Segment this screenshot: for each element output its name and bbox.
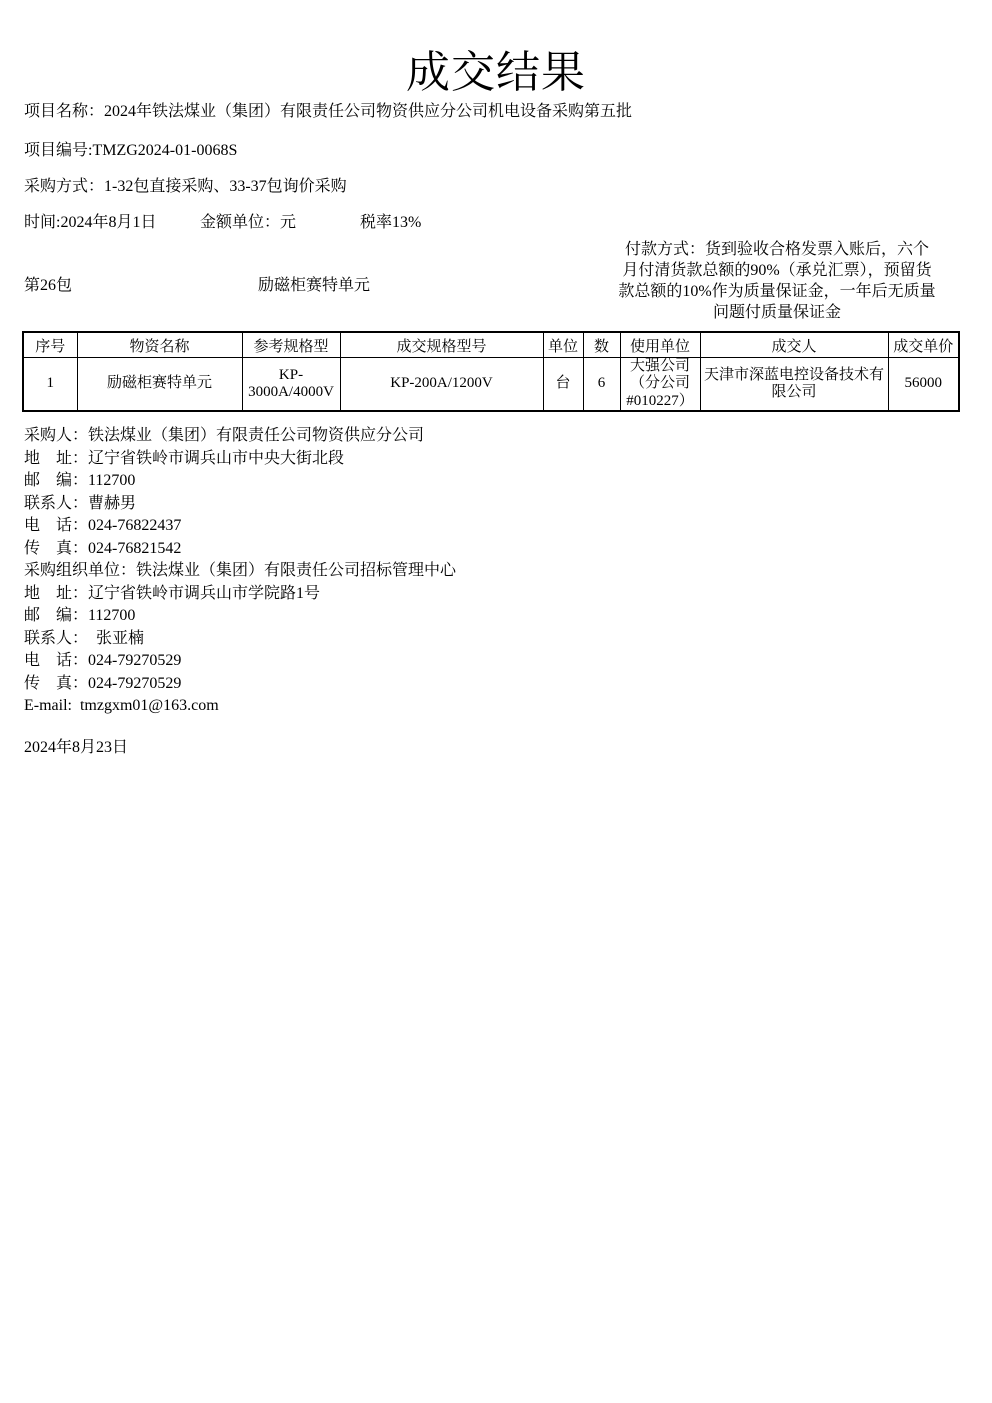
page-title: 成交结果: [0, 36, 992, 100]
tax-rate-line: 税率13%: [360, 209, 421, 232]
header-qty: 数: [583, 332, 620, 358]
email-line: E-mail: tmzgxm01@163.com: [24, 695, 456, 718]
payment-line: 月付清货款总额的90%（承兑汇票），预留货: [587, 260, 967, 281]
payment-line: 付款方式：货到验收合格发票入账后，六个: [587, 239, 967, 260]
header-seq: 序号: [23, 332, 77, 358]
document-date: 2024年8月23日: [24, 734, 128, 757]
email-value: tmzgxm01@163.com: [72, 697, 219, 714]
organizer-address-value: 辽宁省铁岭市调兵山市学院路1号: [88, 585, 320, 602]
buyer-zip-label: 邮 编：: [24, 472, 88, 489]
project-name-value: 2024年铁法煤业（集团）有限责任公司物资供应分公司机电设备采购第五批: [104, 103, 632, 120]
organizer-name-value: 铁法煤业（集团）有限责任公司招标管理中心: [136, 562, 456, 579]
buyer-address-label: 地 址：: [24, 450, 88, 467]
buyer-zip-value: 112700: [88, 472, 135, 489]
amount-unit-value: 元: [280, 214, 296, 231]
time-line: 时间:2024年8月1日: [24, 209, 156, 232]
header-deal-spec: 成交规格型号: [340, 332, 543, 358]
buyer-phone-line: 电 话：024-76822437: [24, 515, 456, 538]
header-winner: 成交人: [700, 332, 888, 358]
organizer-contact-line: 联系人： 张亚楠: [24, 628, 456, 651]
organizer-address-label: 地 址：: [24, 585, 88, 602]
cell-user-unit: 大强公司（分公司#010227）: [620, 358, 700, 412]
header-user-unit: 使用单位: [620, 332, 700, 358]
payment-line: 问题付质量保证金: [587, 302, 967, 323]
buyer-contact-value: 曹赫男: [88, 495, 136, 512]
organizer-address-line: 地 址：辽宁省铁岭市调兵山市学院路1号: [24, 583, 456, 606]
project-name-label: 项目名称：: [24, 103, 104, 120]
organizer-name-label: 采购组织单位：: [24, 562, 136, 579]
procurement-method-label: 采购方式：: [24, 178, 104, 195]
buyer-phone-value: 024-76822437: [88, 517, 181, 534]
organizer-fax-value: 024-79270529: [88, 675, 181, 692]
organizer-zip-label: 邮 编：: [24, 607, 88, 624]
organizer-name-line: 采购组织单位：铁法煤业（集团）有限责任公司招标管理中心: [24, 560, 456, 583]
contacts-block: 采购人：铁法煤业（集团）有限责任公司物资供应分公司 地 址：辽宁省铁岭市调兵山市…: [24, 425, 456, 718]
buyer-contact-label: 联系人：: [24, 495, 88, 512]
cell-deal-spec: KP-200A/1200V: [340, 358, 543, 412]
cell-seq: 1: [23, 358, 77, 412]
payment-terms-block: 付款方式：货到验收合格发票入账后，六个 月付清货款总额的90%（承兑汇票），预留…: [587, 239, 967, 323]
buyer-name-line: 采购人：铁法煤业（集团）有限责任公司物资供应分公司: [24, 425, 456, 448]
buyer-fax-line: 传 真：024-76821542: [24, 538, 456, 561]
project-number-value: TMZG2024-01-0068S: [92, 142, 237, 159]
buyer-fax-value: 024-76821542: [88, 540, 181, 557]
procurement-method-line: 采购方式：1-32包直接采购、33-37包询价采购: [24, 173, 347, 196]
amount-unit-label: 金额单位：: [200, 214, 280, 231]
buyer-name-value: 铁法煤业（集团）有限责任公司物资供应分公司: [88, 427, 424, 444]
buyer-phone-label: 电 话：: [24, 517, 88, 534]
cell-qty: 6: [583, 358, 620, 412]
organizer-phone-line: 电 话：024-79270529: [24, 650, 456, 673]
cell-ref-spec: KP-3000A/4000V: [242, 358, 340, 412]
results-table: 序号 物资名称 参考规格型 成交规格型号 单位 数 使用单位 成交人 成交单价 …: [22, 331, 960, 412]
package-name: 励磁柜赛特单元: [258, 272, 370, 295]
organizer-zip-line: 邮 编：112700: [24, 605, 456, 628]
buyer-zip-line: 邮 编：112700: [24, 470, 456, 493]
buyer-address-value: 辽宁省铁岭市调兵山市中央大街北段: [88, 450, 344, 467]
organizer-contact-label: 联系人：: [24, 630, 80, 647]
cell-winner: 天津市深蓝电控设备技术有限公司: [700, 358, 888, 412]
organizer-zip-value: 112700: [88, 607, 135, 624]
buyer-address-line: 地 址：辽宁省铁岭市调兵山市中央大街北段: [24, 448, 456, 471]
header-material-name: 物资名称: [77, 332, 242, 358]
document-page: 成交结果 项目名称：2024年铁法煤业（集团）有限责任公司物资供应分公司机电设备…: [0, 0, 992, 1403]
email-label: E-mail:: [24, 697, 72, 714]
table-row: 1 励磁柜赛特单元 KP-3000A/4000V KP-200A/1200V 台…: [23, 358, 959, 412]
organizer-contact-value: 张亚楠: [80, 630, 144, 647]
project-number-line: 项目编号:TMZG2024-01-0068S: [24, 137, 237, 160]
payment-line: 款总额的10%作为质量保证金，一年后无质量: [587, 281, 967, 302]
header-unit: 单位: [543, 332, 583, 358]
table-header-row: 序号 物资名称 参考规格型 成交规格型号 单位 数 使用单位 成交人 成交单价: [23, 332, 959, 358]
organizer-phone-value: 024-79270529: [88, 652, 181, 669]
buyer-contact-line: 联系人：曹赫男: [24, 493, 456, 516]
organizer-phone-label: 电 话：: [24, 652, 88, 669]
cell-unit-price: 56000: [888, 358, 959, 412]
buyer-name-label: 采购人：: [24, 427, 88, 444]
package-number: 第26包: [24, 272, 72, 295]
organizer-fax-line: 传 真：024-79270529: [24, 673, 456, 696]
header-ref-spec: 参考规格型: [242, 332, 340, 358]
buyer-fax-label: 传 真：: [24, 540, 88, 557]
cell-unit: 台: [543, 358, 583, 412]
project-number-label: 项目编号:: [24, 142, 92, 159]
tax-rate-value: 税率13%: [360, 214, 421, 231]
cell-material-name: 励磁柜赛特单元: [77, 358, 242, 412]
organizer-fax-label: 传 真：: [24, 675, 88, 692]
amount-unit-line: 金额单位：元: [200, 209, 296, 232]
time-label: 时间:: [24, 214, 60, 231]
time-value: 2024年8月1日: [60, 214, 156, 231]
project-name-line: 项目名称：2024年铁法煤业（集团）有限责任公司物资供应分公司机电设备采购第五批: [24, 98, 632, 121]
header-unit-price: 成交单价: [888, 332, 959, 358]
procurement-method-value: 1-32包直接采购、33-37包询价采购: [104, 178, 347, 195]
